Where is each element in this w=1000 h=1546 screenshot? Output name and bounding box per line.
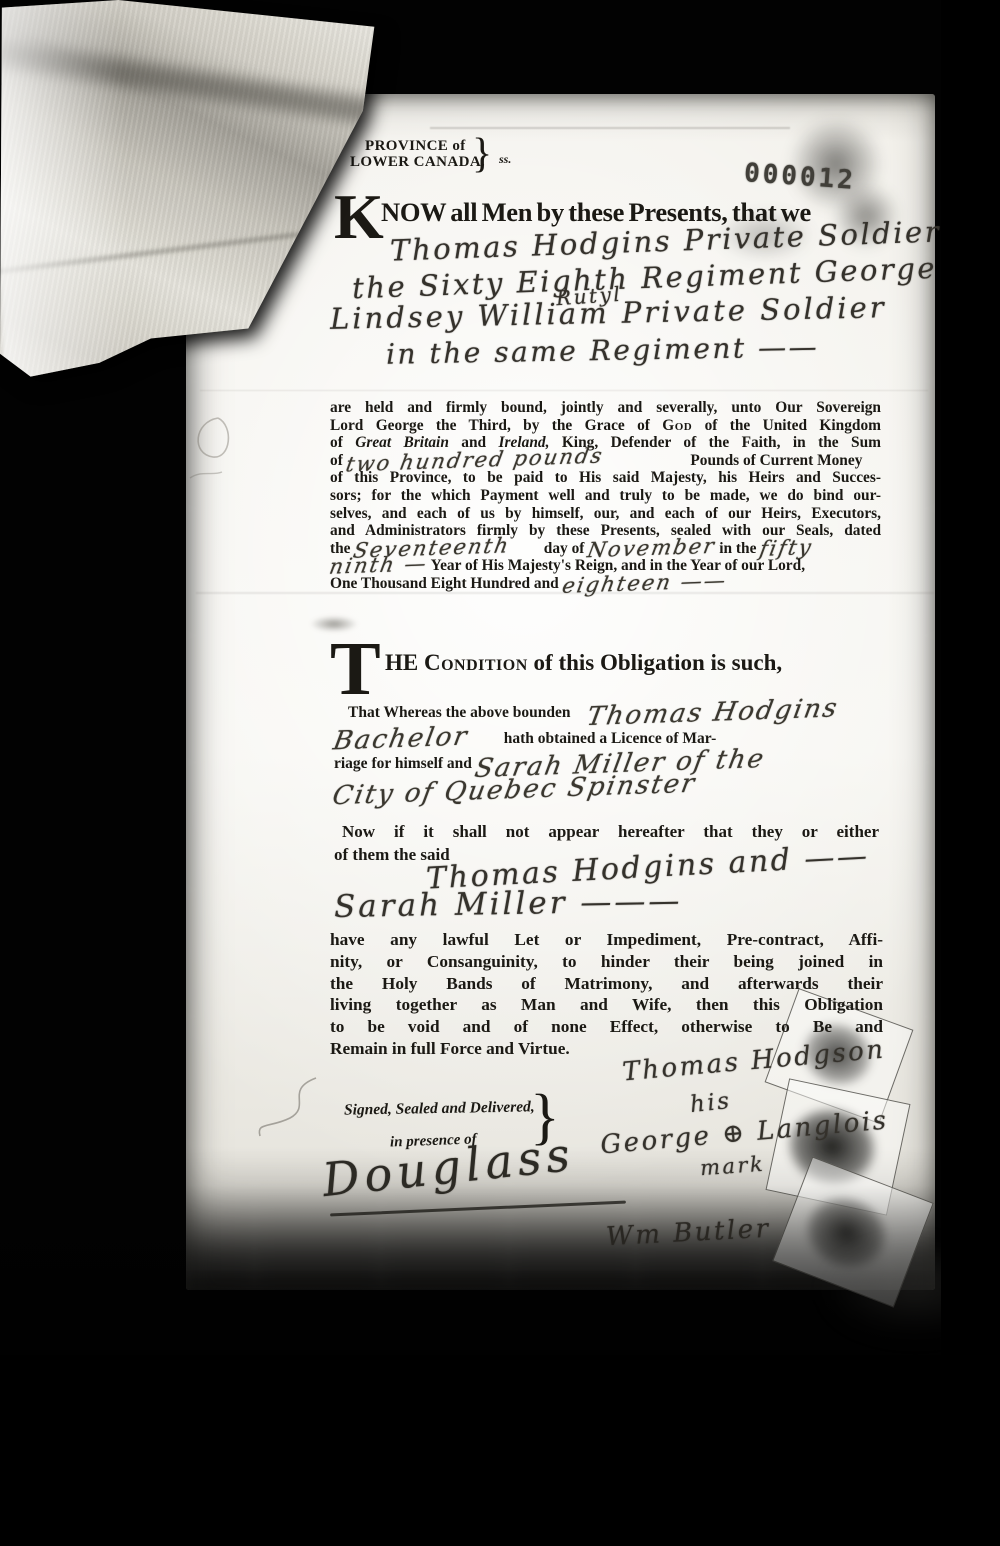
bond-clause-paragraph: are held and firmly bound, jointly and s… [330,399,881,593]
crease-line [430,127,790,129]
printed-segment: to be void and of none Effect, otherwise… [330,1017,883,1036]
text-line: nity, or Consanguinity, to hinder their … [330,952,883,974]
spacer [510,552,544,553]
printed-segment: hath obtained a Licence of Mar- [504,730,717,747]
spacer [602,464,690,465]
printed-segment: of this Province, to be paid to His said… [330,469,881,486]
handwritten-segment: Seventeenth [354,545,510,550]
text-line: City of Quebec Spinster [334,781,882,807]
printed-segment: day of [544,540,588,557]
text-line: Lord George the Third, by the Grace of G… [330,417,881,435]
text-line: selves, and each of us by himself, our, … [330,505,881,523]
text-line: to be void and of none Effect, otherwise… [330,1017,883,1039]
fold-highlight [0,0,133,396]
microfilm-scan: PROVINCE of LOWER CANADA. } ss. 000012 K… [0,0,1000,1546]
pencil-squiggle [186,412,250,492]
handwritten-segment: ninth — [330,564,428,567]
handwritten-segment: Sarah Miller of the [475,759,765,769]
printed-segment: in the [715,540,760,557]
text-line: living together as Man and Wife, then th… [330,995,883,1017]
text-line: HE Condition of this Obligation is such, [385,650,835,676]
condition-paragraph: That Whereas the above bounden Thomas Ho… [334,704,882,806]
text-line: of two hundred poundsPounds of Current M… [330,452,881,470]
header-brace: } [472,130,492,178]
handwritten-segment: Bachelor [334,736,469,741]
printed-segment: One Thousand Eight Hundred and [330,575,563,592]
text-line: sors; for the which Payment well and tru… [330,487,881,505]
attestation-line1: Signed, Sealed and Delivered, [344,1098,535,1119]
overlapping-folded-paper [0,0,382,382]
his-mark-label-top: his [689,1088,733,1118]
text-line: One Thousand Eight Hundred and eighteen … [330,575,881,593]
crease-line [200,390,928,391]
handwritten-segment: City of Quebec Spinster [333,783,696,796]
handwritten-segment: November [588,546,716,550]
text-line: are held and firmly bound, jointly and s… [330,399,881,417]
printed-segment: living together as Man and Wife, then th… [330,995,883,1014]
printed-segment: the Holy Bands of Matrimony, and afterwa… [330,974,883,993]
dropcap-t: T [330,634,381,704]
handwritten-segment: Thomas Hodgins [573,708,838,717]
printed-segment: That Whereas the above bounden [348,704,574,721]
scan-black-margin [941,0,1000,1546]
printed-segment: Lord George the Third, by the Grace of [330,417,662,434]
printed-segment: Pounds of Current Money [690,452,862,469]
printed-segment: are held and firmly bound, jointly and s… [330,399,881,416]
printed-segment: Remain in full Force and Virtue. [330,1039,570,1058]
printed-segment: of [330,434,355,451]
printed-segment: HE [385,650,424,675]
spacer [468,742,504,743]
province-line1: PROVINCE of [365,138,485,154]
printed-segment: nity, or Consanguinity, to hinder their … [330,952,883,971]
printed-segment: God [662,417,692,434]
text-line: the Holy Bands of Matrimony, and afterwa… [330,974,883,996]
scan-vignette [0,1185,1000,1546]
printed-segment: of [330,452,347,469]
printed-segment: sors; for the which Payment well and tru… [330,487,881,504]
handwritten-segment: eighteen —— [562,580,727,586]
text-line: of this Province, to be paid to His said… [330,469,881,487]
printed-segment: Condition [424,650,528,675]
handwritten-names-line: Sarah Miller ——— [334,883,683,925]
printed-segment: of the United Kingdom [692,417,881,434]
printed-segment: selves, and each of us by himself, our, … [330,505,881,522]
handwritten-segment: two hundred pounds [346,455,603,464]
handwritten-segment: fifty [760,547,813,549]
printed-segment: riage for himself and [334,755,476,772]
his-mark-label-bottom: mark [699,1152,766,1180]
text-line: have any lawful Let or Impediment, Pre-c… [330,930,883,952]
jurat-abbreviation: ss. [499,152,511,167]
printed-segment: have any lawful Let or Impediment, Pre-c… [330,930,883,949]
printed-segment: Now if it shall not appear hereafter tha… [342,822,879,841]
condition-headline: HE Condition of this Obligation is such, [385,650,835,676]
printed-segment: of this Obligation is such, [528,650,782,675]
folded-paper-surface [0,0,382,382]
pencil-squiggle [250,1072,334,1148]
